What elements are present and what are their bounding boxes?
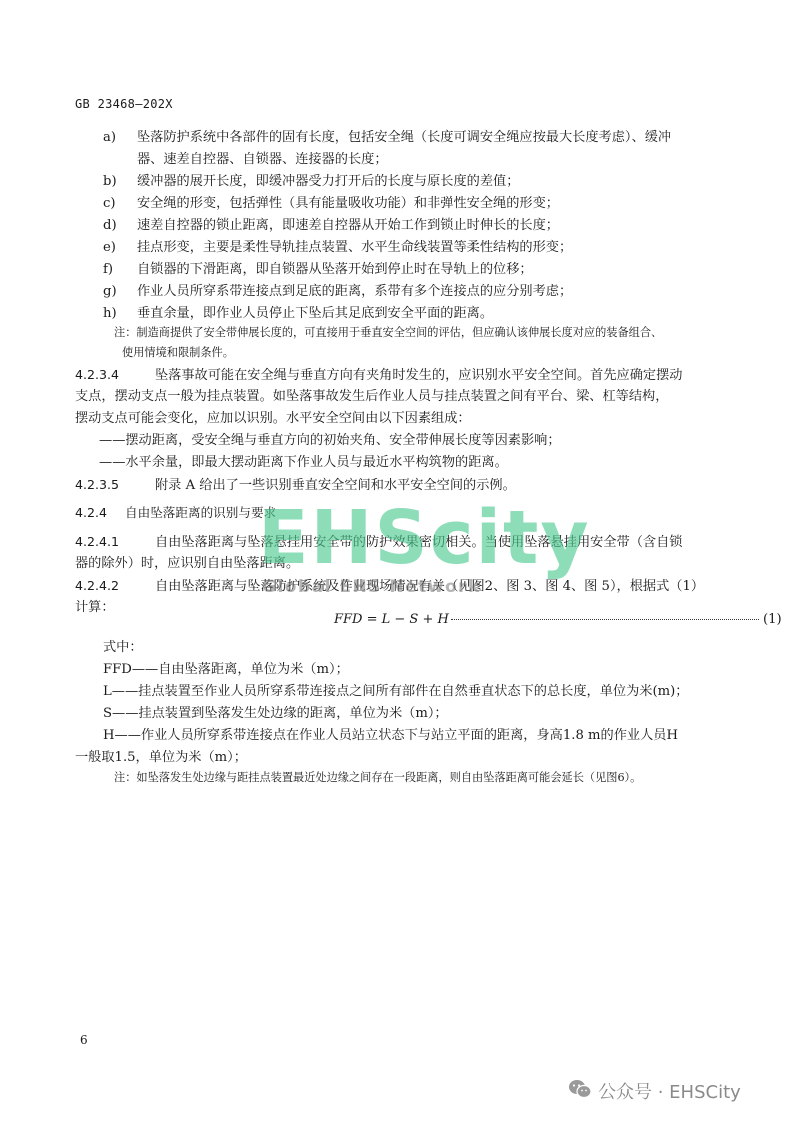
list-label: a) [103,127,137,149]
list-item-a: a)坠落防护系统中各部件的固有长度，包括安全绳（长度可调安全绳应按最大长度考虑）… [103,127,671,149]
note-1: 注：制造商提供了安全带伸展长度的，可直接用于垂直安全空间的评估，但应确认该伸展长… [114,322,662,344]
list-item-e: e)挂点形变，主要是柔性导轨挂点装置、水平生命线装置等柔性结构的形变； [103,237,572,259]
footer-account: 公众号 · EHSCity [568,1078,741,1104]
dot-leader [451,619,759,620]
formula-expression: FFD = L − S + H [334,612,449,627]
clause-4-2-4-2-line2: 计算： [75,597,115,619]
clause-number: 4.2.3.4 [75,364,155,386]
list-item-d: d)速差自控器的锁止距离，即速差自控器从开始工作到锁止时伸长的长度； [103,215,559,237]
where-h: H——作业人员所穿系带连接点在作业人员站立状态下与站立平面的距离，身高1.8 m… [103,725,678,747]
dash-item-swing: ——摆动距离，受安全绳与垂直方向的初始夹角、安全带伸展长度等因素影响； [99,430,561,452]
formula-number: (1) [763,612,782,627]
clause-4-2-3-4-line3: 摆动支点可能会变化，应加以识别。水平安全空间由以下因素组成： [75,408,471,430]
list-item-a-cont: 器、速差自控器、自锁器、连接器的长度； [137,149,388,171]
note-1-cont: 使用情境和限制条件。 [122,342,234,364]
formula: FFD = L − S + H (1) [334,609,782,631]
footer-text: 公众号 · EHSCity [598,1078,741,1104]
clause-4-2-3-4: 4.2.3.4坠落事故可能在安全绳与垂直方向有夹角时发生的，应识别水平安全空间。… [75,364,683,387]
where-intro: 式中： [103,637,143,659]
section-heading-4-2-4: 4.2.4自由坠落距离的识别与要求 [75,502,276,524]
list-item-f: f)自锁器的下滑距离，即自锁器从坠落开始到停止时在导轨上的位移； [103,259,533,281]
standard-number: GB 23468—202X [75,97,173,111]
where-l: L——挂点装置至作业人员所穿系带连接点之间所有部件在自然垂直状态下的总长度，单位… [103,681,688,703]
list-item-b: b)缓冲器的展开长度，即缓冲器受力打开后的长度与原长度的差值； [103,171,519,193]
where-s: S——挂点装置到坠落发生处边缘的距离，单位为米（m）； [103,703,448,725]
list-item-c: c)安全绳的形变，包括弹性（具有能量吸收功能）和非弹性安全绳的形变； [103,193,559,215]
where-ffd: FFD——自由坠落距离，单位为米（m）； [103,659,349,681]
list-item-g: g)作业人员所穿系带连接点到足底的距离，系带有多个连接点的应分别考虑； [103,281,572,303]
clause-4-2-3-4-line2: 支点，摆动支点一般为挂点装置。如坠落事故发生后作业人员与挂点装置之间有平台、梁、… [75,386,668,408]
where-h-cont: 一般取1.5，单位为米（m）； [75,747,247,769]
watermark-logo: EHScity [258,498,591,578]
wechat-icon [568,1079,592,1104]
page-number: 6 [80,1033,88,1047]
watermark-tagline: Global EHS Network [262,577,481,597]
note-2: 注：如坠落发生处边缘与距挂点装置最近处边缘之间存在一段距离，则自由坠落距离可能会… [114,767,641,789]
clause-4-2-3-5: 4.2.3.5附录 A 给出了一些识别垂直安全空间和水平安全空间的示例。 [75,474,516,497]
dash-item-margin: ——水平余量，即最大摆动距离下作业人员与最近水平构筑物的距离。 [99,452,508,474]
